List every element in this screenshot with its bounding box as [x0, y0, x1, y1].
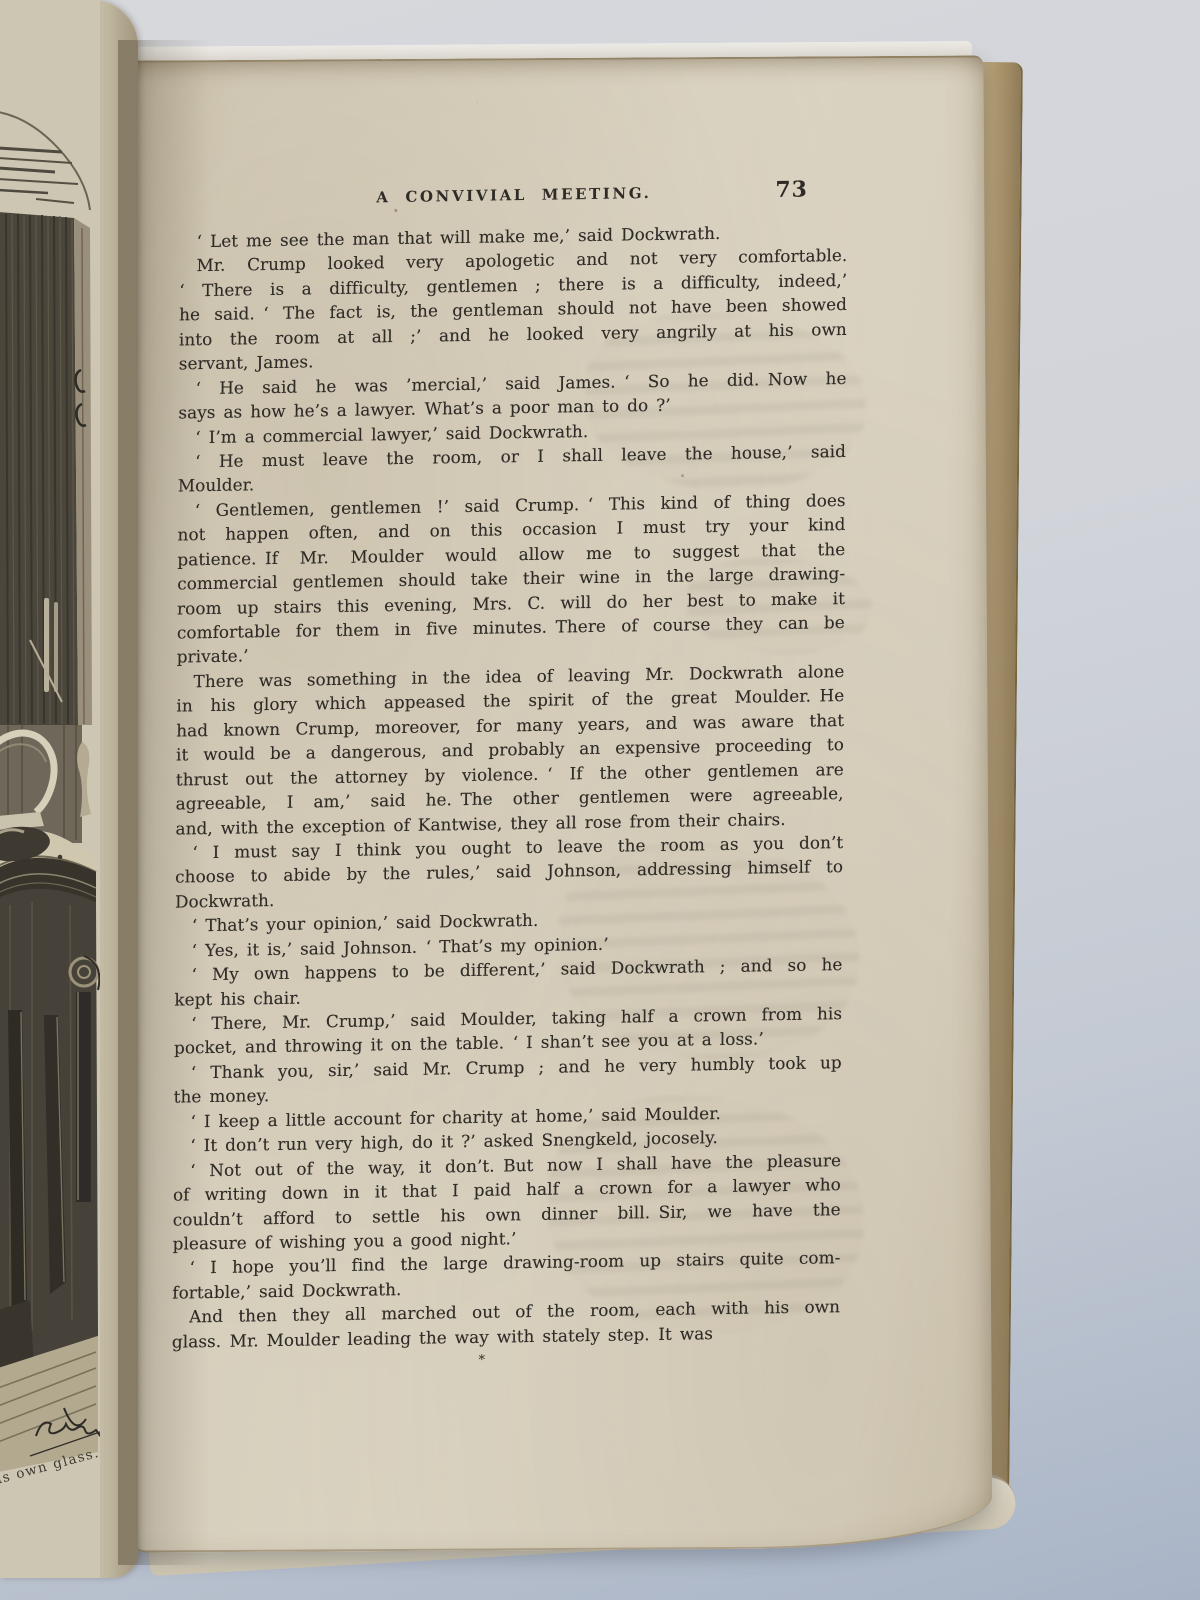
printed-text-block: A CONVIVIAL MEETING. 73 ‘ Let me see the…: [172, 181, 848, 1373]
page-header: A CONVIVIAL MEETING. 73: [180, 181, 848, 217]
body-text: ‘ Let me see the man that will make me,’…: [172, 219, 848, 1354]
engraving-illustration: [0, 0, 100, 1578]
page-number: 73: [775, 177, 808, 204]
book-page: A CONVIVIAL MEETING. 73 ‘ Let me see the…: [123, 55, 992, 1552]
running-title: A CONVIVIAL MEETING.: [180, 181, 848, 209]
facing-page-sliver: is own glass.: [0, 0, 138, 1578]
photograph-of-open-book: { "colors": { "ink": "#2f2b27", "page-cr…: [0, 0, 1200, 1600]
